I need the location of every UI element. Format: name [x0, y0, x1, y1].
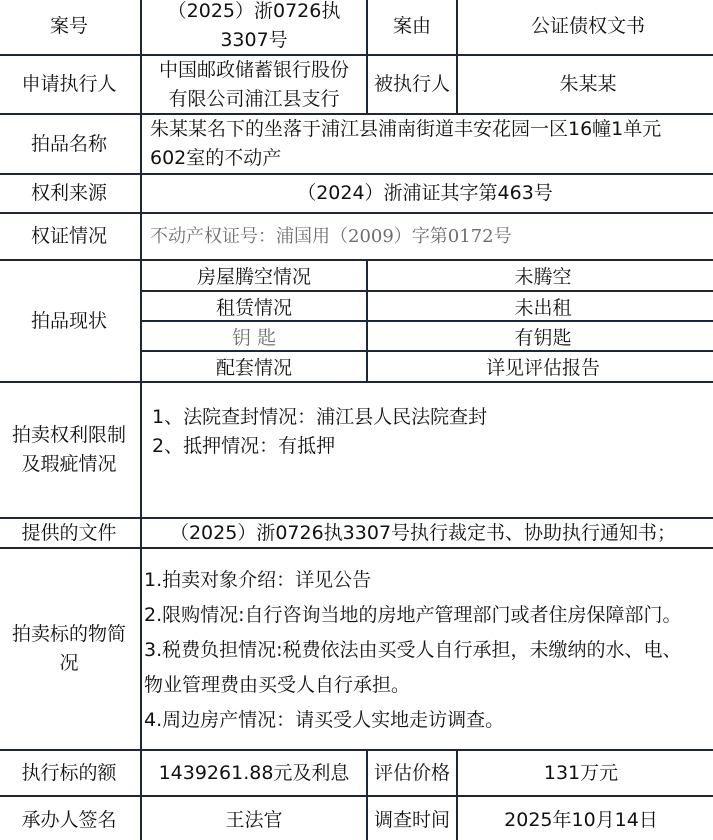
restriction-item: 1、法院查封情况：浦江县人民法院查封: [152, 403, 713, 432]
respondent-label: 被执行人: [366, 56, 456, 113]
appraisal-value: 131万元: [456, 751, 713, 795]
row-item-status: 拍品现状 房屋腾空情况 未腾空 租赁情况 未出租 钥 匙 有钥匙 配套情况 详见…: [0, 261, 713, 383]
item-status-label: 拍品现状: [0, 261, 140, 381]
applicant-label: 申请执行人: [0, 56, 140, 113]
applicant-line2: 有限公司浦江县支行: [168, 85, 339, 114]
keys-value: 有钥匙: [366, 322, 713, 350]
applicant-line1: 中国邮政储蓄银行股份: [159, 56, 349, 85]
summary-label-line2: 况: [59, 649, 78, 678]
item-name-label: 拍品名称: [0, 115, 140, 173]
keys-label: 钥 匙: [140, 322, 366, 350]
row-documents: 提供的文件 （2025）浙0726执3307号执行裁定书、协助执行通知书；: [0, 519, 713, 549]
respondent-value: 朱某某: [456, 56, 713, 113]
documents-value: （2025）浙0726执3307号执行裁定书、协助执行通知书；: [140, 519, 713, 547]
row-parties: 申请执行人 中国邮政储蓄银行股份 有限公司浦江县支行 被执行人 朱某某: [0, 56, 713, 115]
summary-label-line1: 拍卖标的物简: [12, 620, 126, 649]
documents-label: 提供的文件: [0, 519, 140, 547]
row-case: 案号 （2025）浙0726执 3307号 案由 公证债权文书: [0, 0, 713, 56]
summary-item: 物业管理费由买受人自行承担。: [144, 668, 713, 703]
row-certificate: 权证情况 不动产权证号：浦国用（2009）字第0172号: [0, 214, 713, 261]
case-number-line1: （2025）浙0726执: [168, 0, 341, 26]
survey-date-label: 调查时间: [366, 797, 456, 840]
appraisal-label: 评估价格: [366, 751, 456, 795]
restrictions-list: 1、法院查封情况：浦江县人民法院查封 2、抵押情况：有抵押: [140, 383, 713, 517]
restrictions-label: 拍卖权利限制 及瑕疵情况: [0, 383, 140, 517]
restrictions-label-line2: 及瑕疵情况: [21, 450, 116, 479]
certificate-value: 不动产权证号：浦国用（2009）字第0172号: [140, 214, 713, 259]
case-cause-label: 案由: [366, 0, 456, 54]
officer-value: 王法官: [140, 797, 366, 840]
amount-value: 1439261.88元及利息: [140, 751, 366, 795]
case-number-value: （2025）浙0726执 3307号: [140, 0, 366, 54]
status-row-lease: 租赁情况 未出租: [140, 292, 713, 322]
summary-list: 1.拍卖对象介绍：详见公告 2.限购情况:自行咨询当地的房地产管理部门或者住房保…: [140, 549, 713, 749]
summary-item: 3.税费负担情况:税费依法由买受人自行承担，未缴纳的水、电、: [144, 633, 713, 668]
restrictions-label-line1: 拍卖权利限制: [12, 421, 126, 450]
row-restrictions: 拍卖权利限制 及瑕疵情况 1、法院查封情况：浦江县人民法院查封 2、抵押情况：有…: [0, 383, 713, 519]
row-officer: 承办人签名 王法官 调查时间 2025年10月14日: [0, 797, 713, 840]
survey-date-value: 2025年10月14日: [456, 797, 713, 840]
summary-item: 4.周边房产情况：请买受人实地走访调查。: [144, 703, 713, 738]
certificate-label: 权证情况: [0, 214, 140, 259]
facilities-value: 详见评估报告: [366, 352, 713, 381]
summary-item: 1.拍卖对象介绍：详见公告: [144, 563, 713, 598]
item-name-line2: 602室的不动产: [150, 144, 281, 173]
case-cause-value: 公证债权文书: [456, 0, 713, 54]
lease-value: 未出租: [366, 292, 713, 320]
facilities-label: 配套情况: [140, 352, 366, 381]
status-row-keys: 钥 匙 有钥匙: [140, 322, 713, 352]
row-summary: 拍卖标的物简 况 1.拍卖对象介绍：详见公告 2.限购情况:自行咨询当地的房地产…: [0, 549, 713, 751]
row-item-name: 拍品名称 朱某某名下的坐落于浦江县浦南街道丰安花园一区16幢1单元 602室的不…: [0, 115, 713, 175]
item-name-line1: 朱某某名下的坐落于浦江县浦南街道丰安花园一区16幢1单元: [150, 115, 661, 144]
amount-label: 执行标的额: [0, 751, 140, 795]
status-row-vacancy: 房屋腾空情况 未腾空: [140, 261, 713, 292]
vacancy-value: 未腾空: [366, 261, 713, 290]
summary-label: 拍卖标的物简 况: [0, 549, 140, 749]
restriction-item: 2、抵押情况：有抵押: [152, 432, 713, 461]
vacancy-label: 房屋腾空情况: [140, 261, 366, 290]
row-right-source: 权利来源 （2024）浙浦证其字第463号: [0, 175, 713, 214]
summary-item: 2.限购情况:自行咨询当地的房地产管理部门或者住房保障部门。: [144, 598, 713, 633]
item-name-value: 朱某某名下的坐落于浦江县浦南街道丰安花园一区16幢1单元 602室的不动产: [140, 115, 713, 173]
case-number-line2: 3307号: [220, 26, 287, 54]
right-source-label: 权利来源: [0, 175, 140, 212]
lease-label: 租赁情况: [140, 292, 366, 320]
status-row-facilities: 配套情况 详见评估报告: [140, 352, 713, 381]
officer-label: 承办人签名: [0, 797, 140, 840]
applicant-value: 中国邮政储蓄银行股份 有限公司浦江县支行: [140, 56, 366, 113]
case-number-label: 案号: [0, 0, 140, 54]
row-amount: 执行标的额 1439261.88元及利息 评估价格 131万元: [0, 751, 713, 797]
right-source-value: （2024）浙浦证其字第463号: [140, 175, 713, 212]
